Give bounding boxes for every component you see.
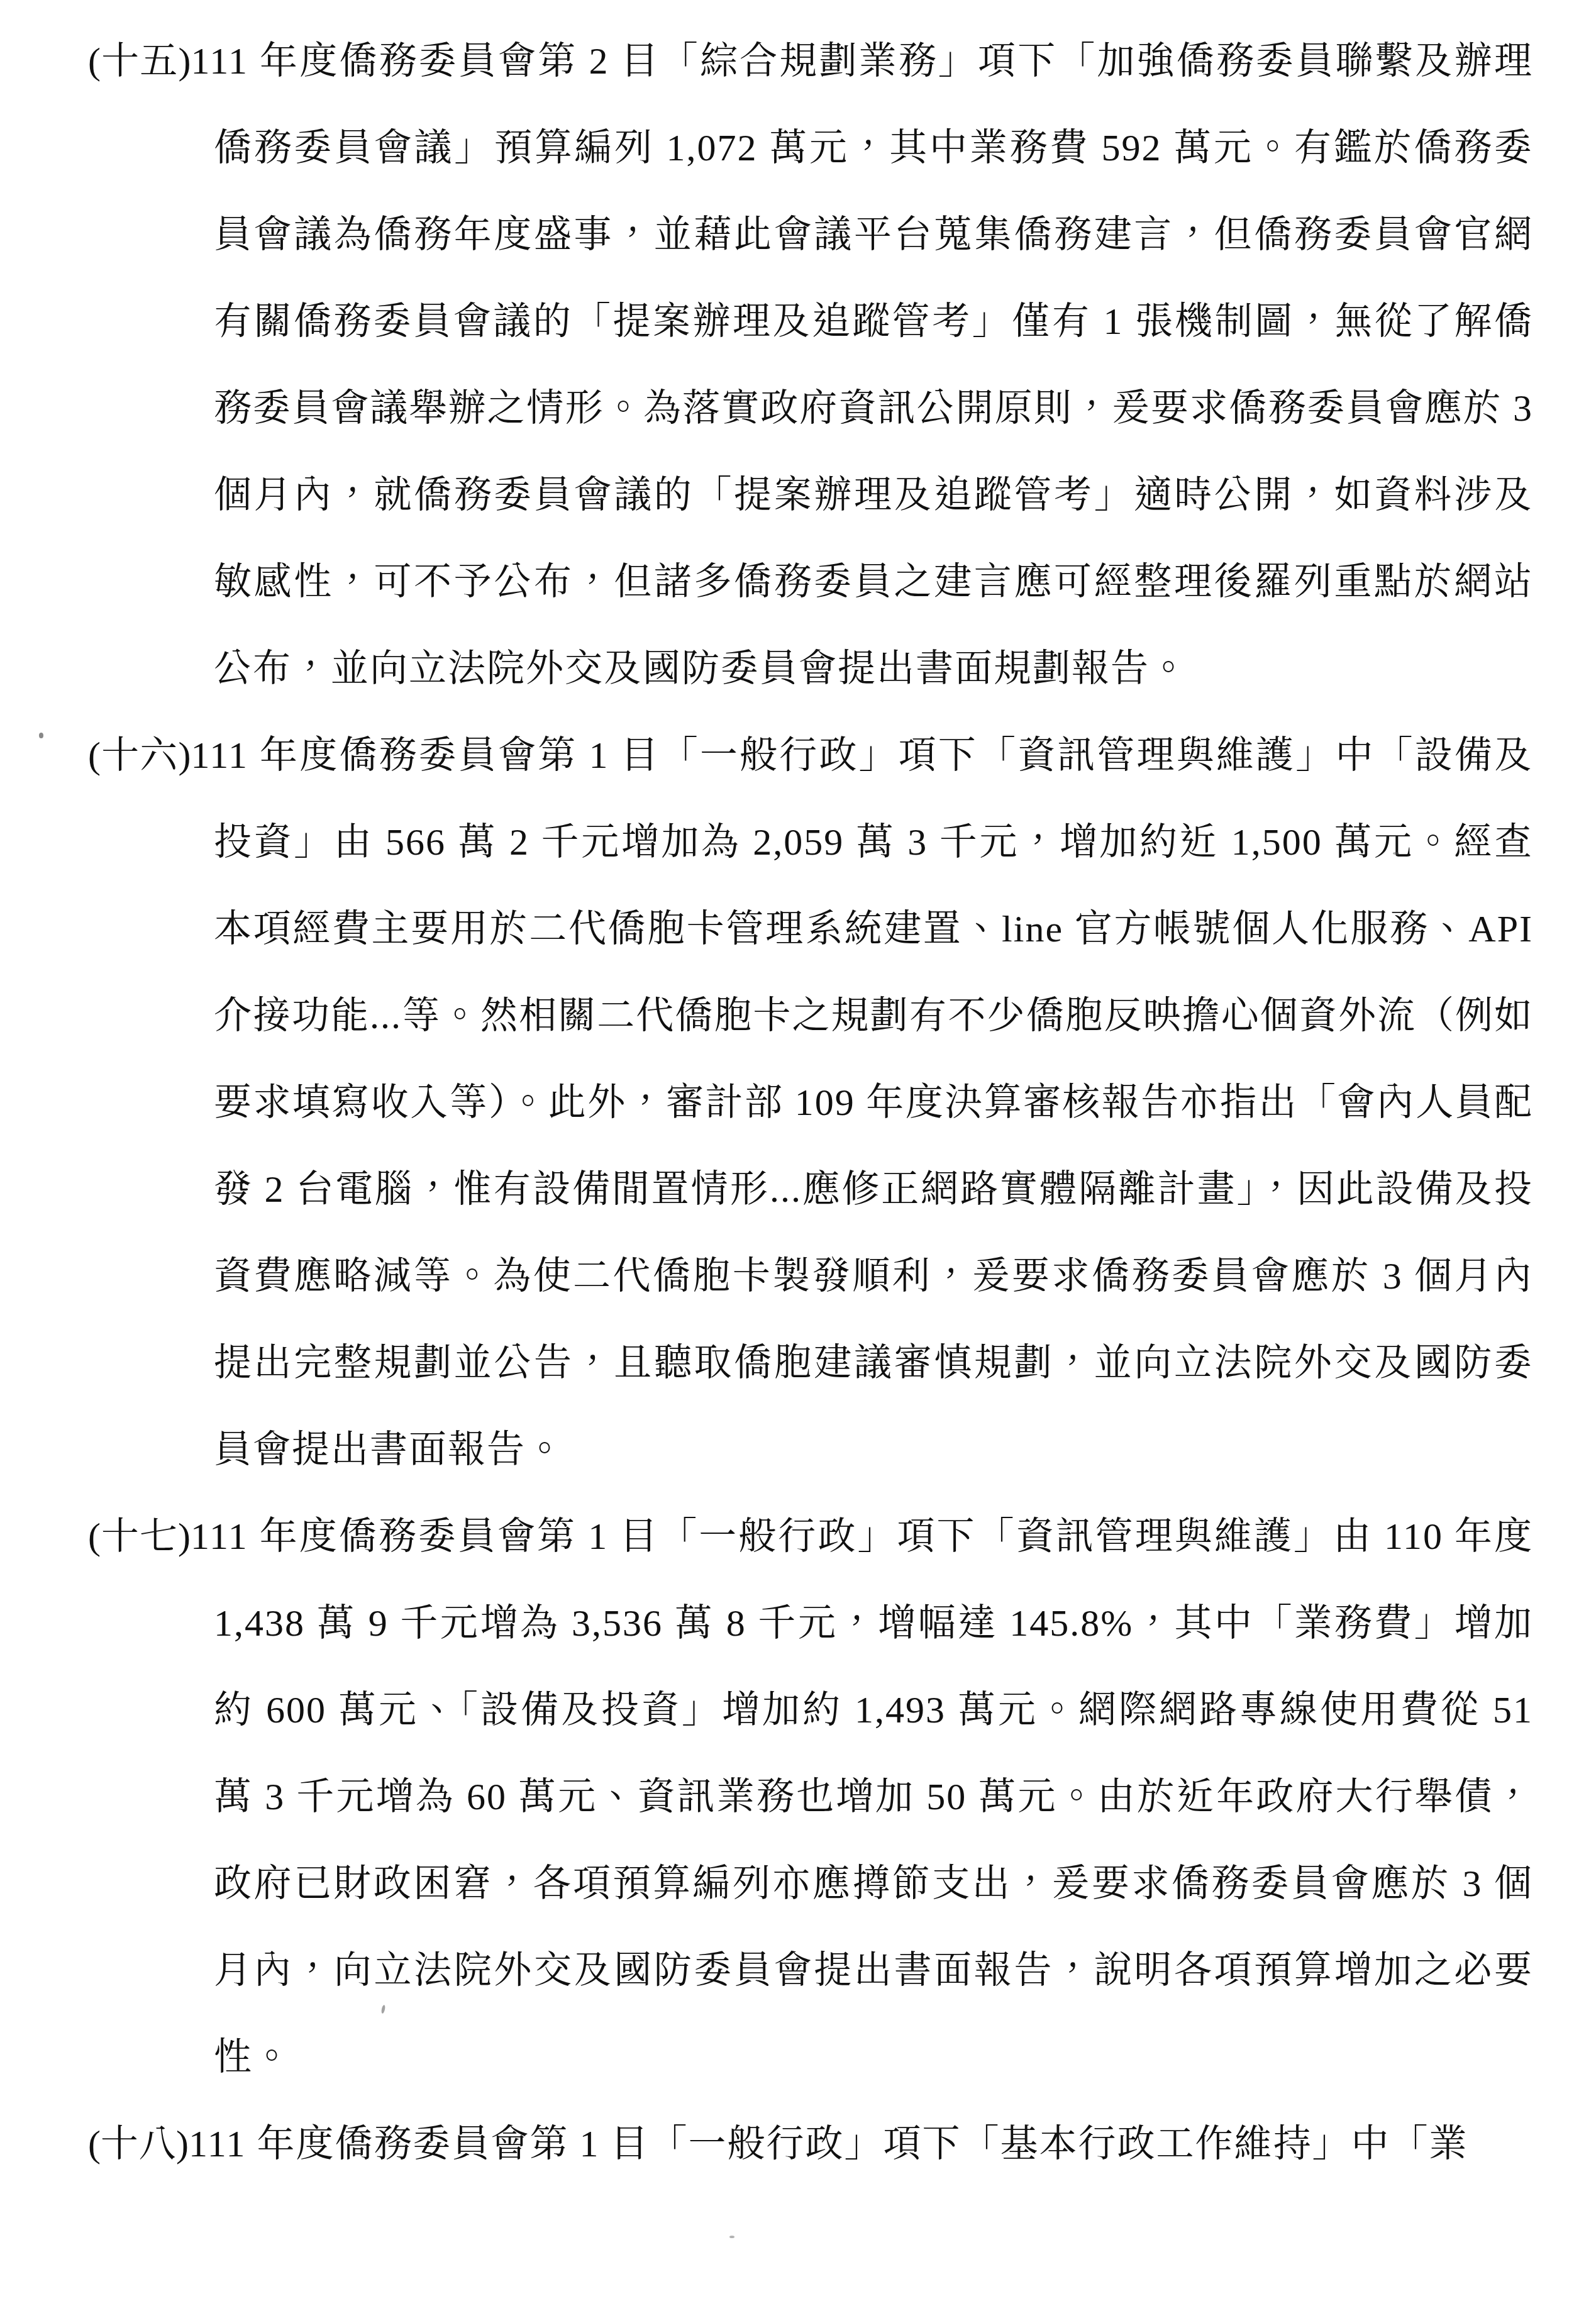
document-page: (十五)111 年度僑務委員會第 2 目「綜合規劃業務」項下「加強僑務委員聯繫及… — [0, 0, 1596, 2318]
paragraph-text: 111 年度僑務委員會第 1 目「一般行政」項下「資訊管理與維護」由 110 年… — [191, 1516, 1533, 2078]
paragraph-text: 111 年度僑務委員會第 1 目「一般行政」項下「資訊管理與維護」中「設備及投資… — [191, 735, 1533, 1470]
scan-speck — [39, 733, 43, 738]
paragraph: (十六)111 年度僑務委員會第 1 目「一般行政」項下「資訊管理與維護」中「設… — [88, 712, 1533, 1493]
paragraph-number: (十六) — [88, 735, 191, 776]
paragraph-number: (十七) — [88, 1516, 191, 1557]
paragraph: (十五)111 年度僑務委員會第 2 目「綜合規劃業務」項下「加強僑務委員聯繫及… — [88, 18, 1533, 712]
paragraph: (十七)111 年度僑務委員會第 1 目「一般行政」項下「資訊管理與維護」由 1… — [88, 1493, 1533, 2100]
paragraph-text: 111 年度僑務委員會第 2 目「綜合規劃業務」項下「加強僑務委員聯繫及辦理僑務… — [191, 40, 1533, 689]
paragraph: (十八)111 年度僑務委員會第 1 目「一般行政」項下「基本行政工作維持」中「… — [88, 2100, 1533, 2187]
paragraph-number: (十五) — [88, 40, 191, 82]
scan-speck — [1393, 852, 1399, 855]
paragraph-text: 111 年度僑務委員會第 1 目「一般行政」項下「基本行政工作維持」中「業 — [189, 2123, 1468, 2165]
scan-speck — [729, 2236, 734, 2238]
paragraph-number: (十八) — [88, 2123, 189, 2165]
